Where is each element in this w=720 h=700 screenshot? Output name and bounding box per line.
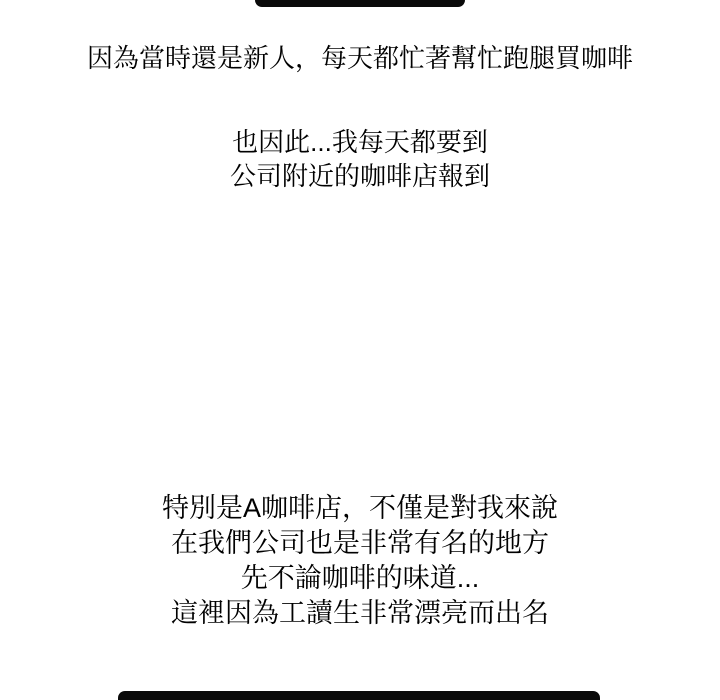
bottom-panel-edge xyxy=(118,691,600,700)
narration-block-2: 也因此...我每天都要到 公司附近的咖啡店報到 xyxy=(0,125,720,193)
narration-line: 因為當時還是新人，每天都忙著幫忙跑腿買咖啡 xyxy=(0,43,720,73)
webtoon-page: 因為當時還是新人，每天都忙著幫忙跑腿買咖啡 也因此...我每天都要到 公司附近的… xyxy=(0,0,720,700)
narration-line: 特別是A咖啡店，不僅是對我來說 xyxy=(0,491,720,526)
top-panel-edge xyxy=(255,0,465,7)
narration-line: 這裡因為工讀生非常漂亮而出名 xyxy=(0,596,720,631)
narration-line: 公司附近的咖啡店報到 xyxy=(0,159,720,193)
narration-line: 也因此...我每天都要到 xyxy=(0,125,720,159)
narration-line: 在我們公司也是非常有名的地方 xyxy=(0,526,720,561)
narration-block-3: 特別是A咖啡店，不僅是對我來說 在我們公司也是非常有名的地方 先不論咖啡的味道.… xyxy=(0,491,720,631)
narration-line: 先不論咖啡的味道... xyxy=(0,561,720,596)
narration-block-1: 因為當時還是新人，每天都忙著幫忙跑腿買咖啡 xyxy=(0,43,720,73)
